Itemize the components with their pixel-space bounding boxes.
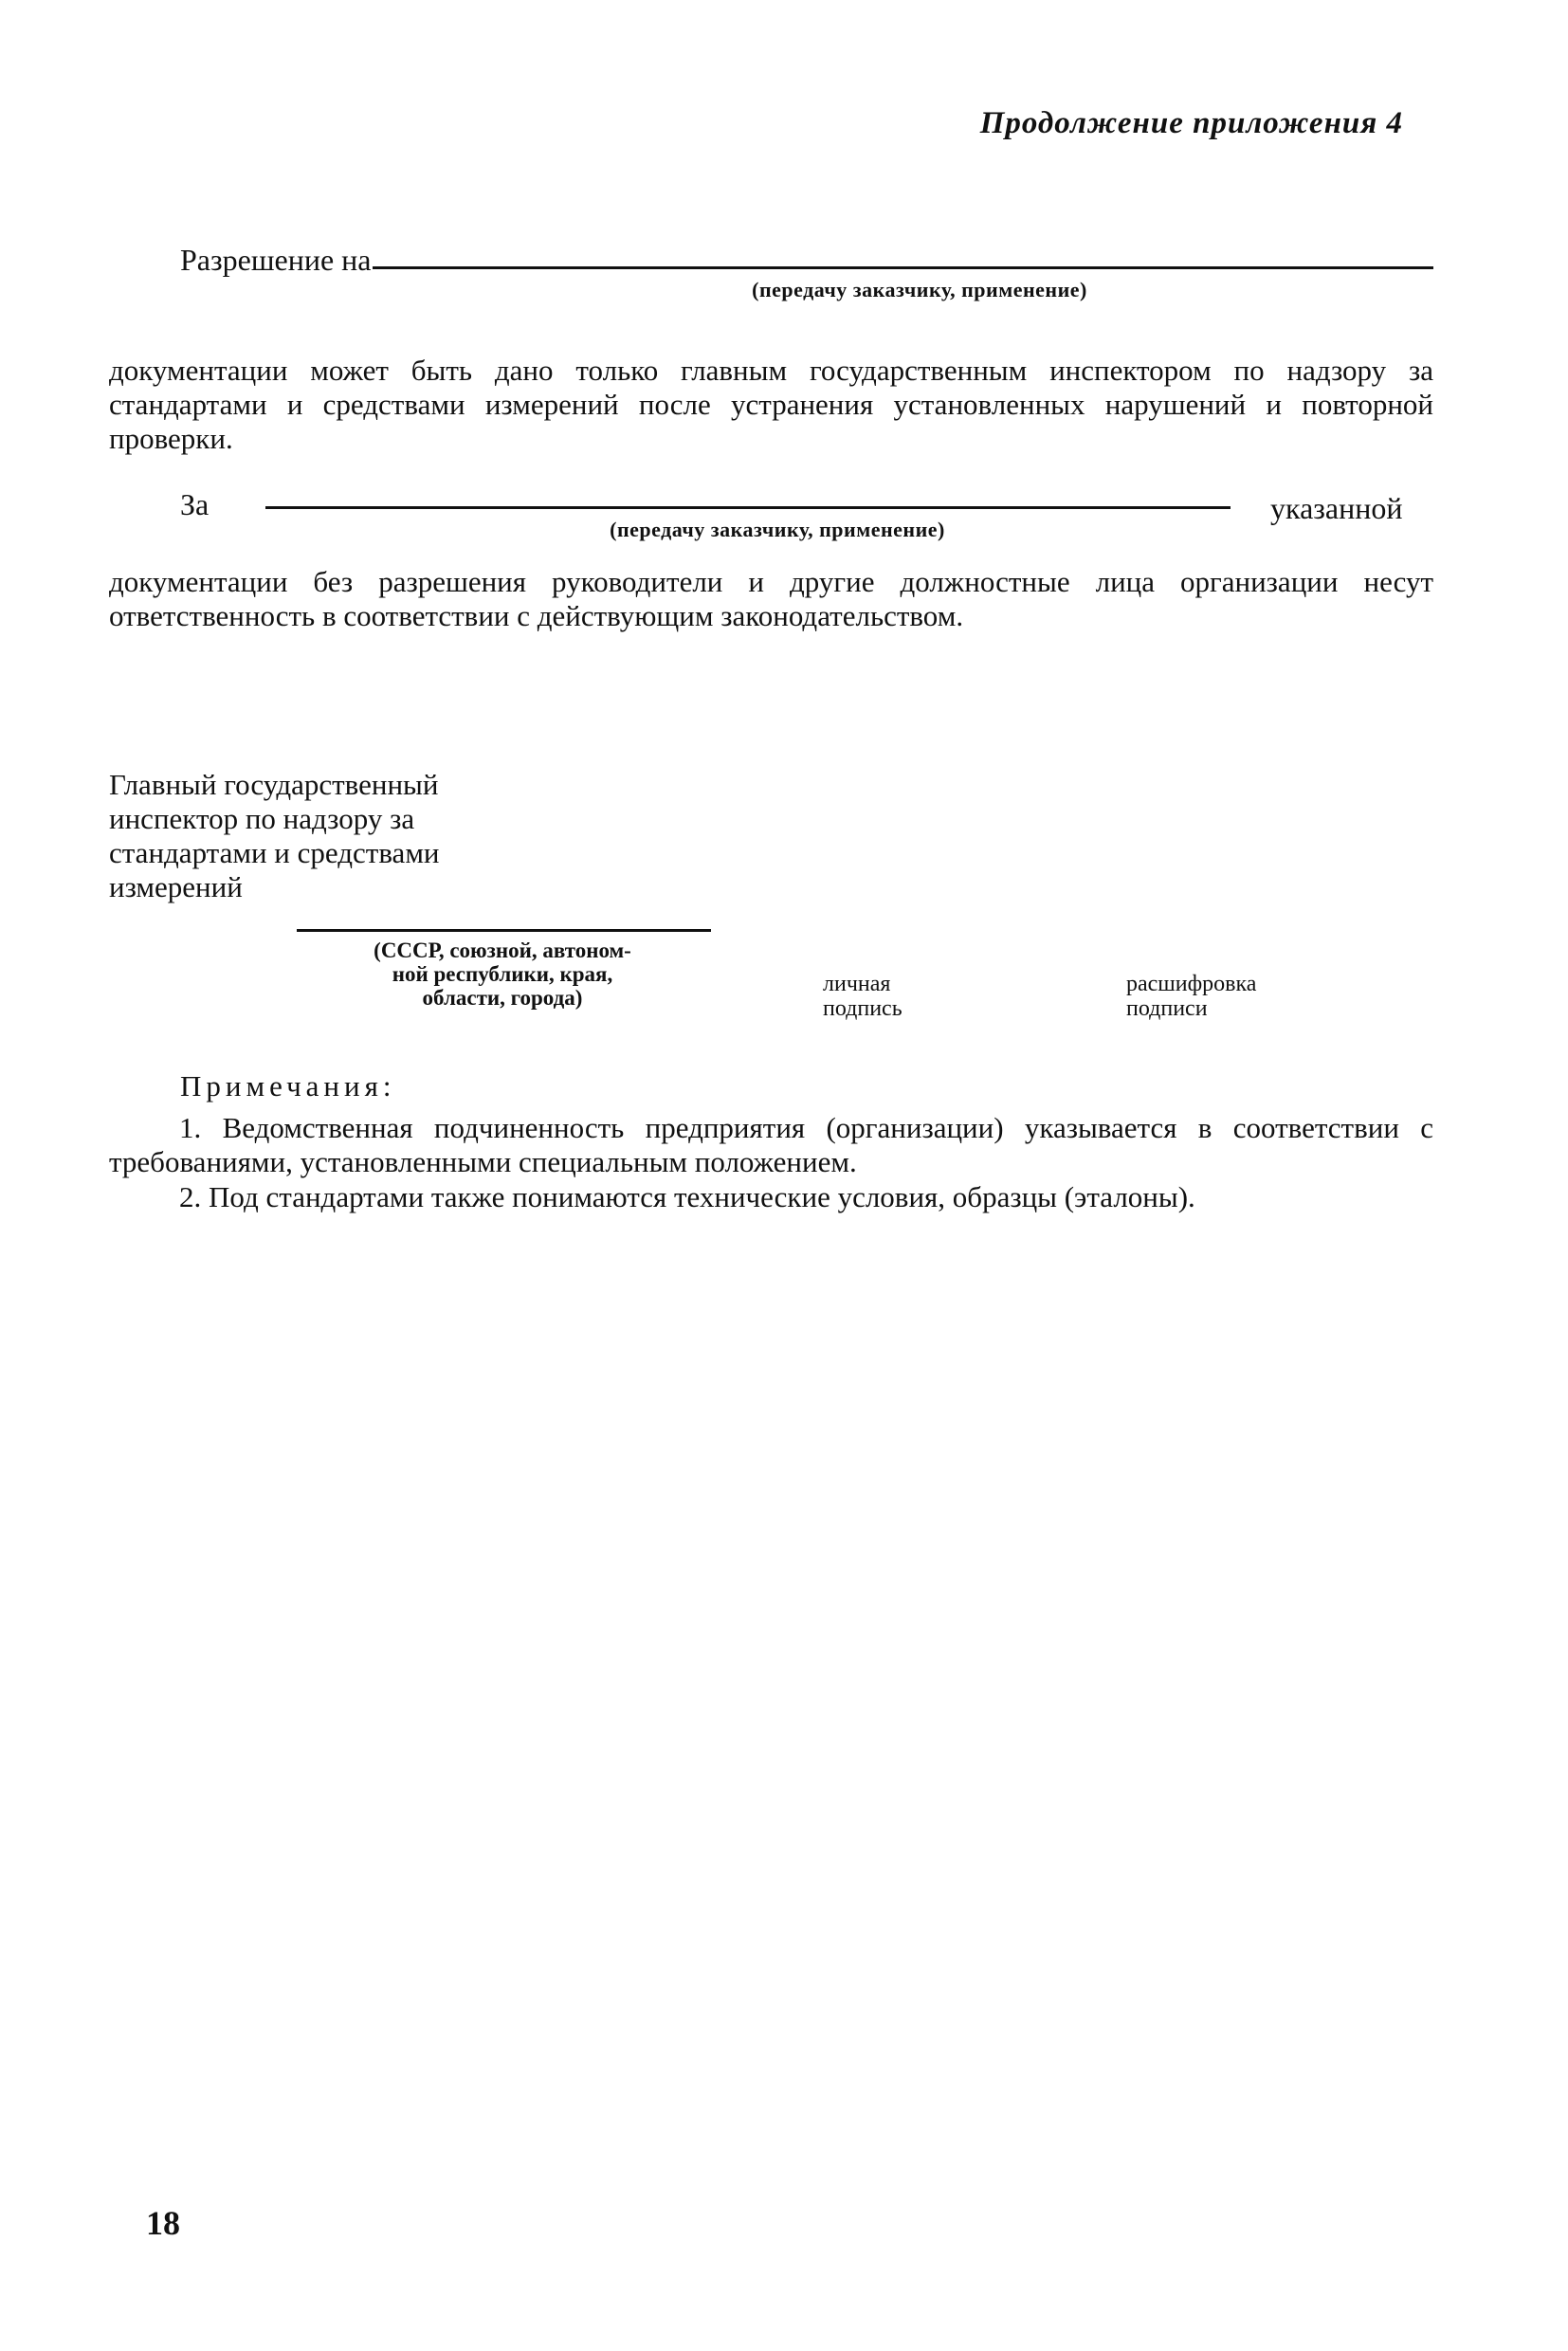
inspector-title-line: Главный государственный [109, 768, 536, 802]
inspector-title: Главный государственный инспектор по над… [109, 768, 536, 904]
responsibility-suffix: указанной [1270, 493, 1402, 523]
inspector-title-line: измерений [109, 870, 536, 904]
region-caption-line: области, города) [294, 986, 711, 1010]
signature-decoding-line: расшифровка [1126, 972, 1256, 996]
permission-row: Разрешение на [180, 245, 1433, 275]
permission-blank-line[interactable] [373, 266, 1433, 269]
inspector-title-line: стандартами и средствами [109, 836, 536, 870]
region-caption-line: ной республики, края, [294, 962, 711, 986]
signature-decoding-caption: расшифровка подписи [1126, 972, 1256, 1021]
region-blank-line[interactable] [297, 929, 711, 932]
responsibility-caption: (передачу заказчику, применение) [531, 518, 1024, 542]
region-caption-line: (СССР, союзной, автоном- [294, 939, 711, 962]
paragraph-permission: документации может быть дано только глав… [109, 354, 1433, 456]
responsibility-blank-line[interactable] [265, 506, 1231, 509]
personal-signature-line: личная [823, 972, 903, 996]
personal-signature-caption: личная подпись [823, 972, 903, 1021]
inspector-title-line: инспектор по надзору за [109, 802, 536, 836]
responsibility-prefix: За [180, 489, 209, 519]
appendix-continuation-header: Продолжение приложения 4 [939, 106, 1403, 141]
personal-signature-line: подпись [823, 996, 903, 1021]
permission-caption: (передачу заказчику, применение) [654, 278, 1185, 302]
signature-decoding-line: подписи [1126, 996, 1256, 1021]
permission-label: Разрешение на [180, 245, 371, 275]
note-item: 2. Под стандартами также понимаются техн… [109, 1180, 1433, 1214]
note-item: 1. Ведомственная подчиненность предприят… [109, 1111, 1433, 1179]
region-caption: (СССР, союзной, автоном- ной республики,… [294, 939, 711, 1010]
page-number: 18 [146, 2203, 180, 2243]
paragraph-responsibility: документации без разрешения руководители… [109, 565, 1433, 633]
notes-title: Примечания: [180, 1069, 395, 1103]
